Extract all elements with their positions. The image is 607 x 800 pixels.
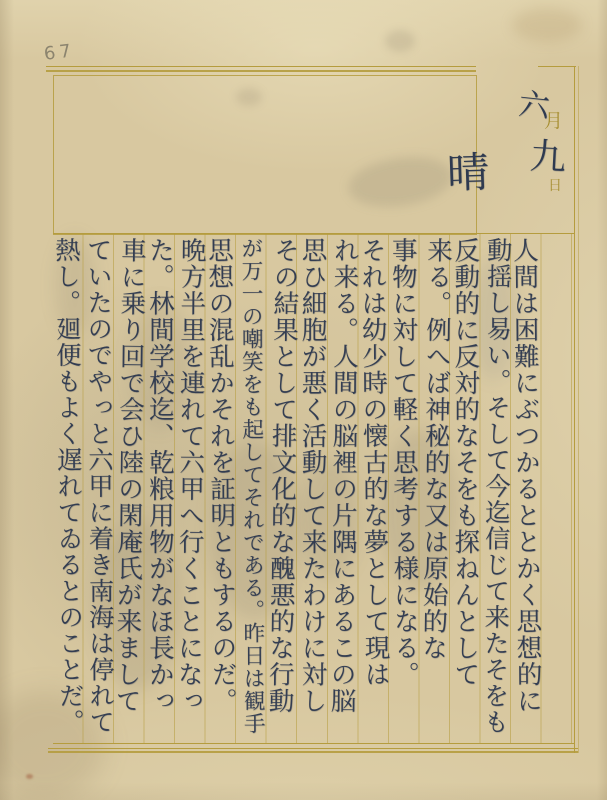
weather-char: 晴 — [446, 139, 490, 200]
paper-stain — [385, 30, 415, 52]
corner-rule — [538, 66, 576, 67]
bottom-rule — [48, 748, 578, 749]
handwritten-column: 思想の混乱かそれを証明ともするのだ。 — [204, 237, 238, 743]
handwritten-column: 人間は困難にぶつかるととかく思想的に — [509, 237, 543, 743]
day-printed-label: 日 — [548, 175, 562, 195]
date-day-char: 九 — [529, 128, 568, 181]
handwritten-column: 事物に対して軽く思考する様になる。 — [388, 237, 421, 743]
grid-bottom-rule — [53, 743, 575, 744]
bottom-rule-double — [48, 751, 578, 753]
paper-stain — [512, 8, 582, 42]
handwritten-column: それは幼少時の懐古的な夢として現は — [356, 237, 390, 743]
handwritten-column: ていたのでやっと六甲に着き南海は停れて — [83, 237, 116, 743]
top-rule — [46, 66, 476, 67]
handwritten-column: が万一の嘲笑をも起してそれである。昨日は観手 — [235, 237, 268, 743]
handwritten-column: れ来る。人間の脳裡の片隅にあるこの脳 — [326, 237, 360, 743]
handwritten-column: た。林間学校迄、乾粮用物がなほ長かっ — [145, 237, 175, 743]
right-border-rule — [574, 66, 575, 753]
page-number: 67 — [43, 40, 76, 65]
handwritten-column: 晩方半里を連れて六甲へ行くことになっ — [174, 237, 208, 743]
paper-stain — [26, 774, 33, 779]
handwritten-column: 来る。例へば神秘的な又は原始的な — [417, 237, 453, 743]
handwritten-column: 反動的に反対的なそをも探ねんとして — [450, 237, 480, 743]
handwritten-column: その結果として排文化的な醜悪的な行動 — [264, 237, 300, 743]
header-box — [53, 75, 477, 235]
scanned-diary-page: 67 六 月 九 日 晴 人間は困難にぶつかるととかく思想的に動揺し易い。そして… — [0, 0, 607, 800]
handwritten-column: 動揺し易い。そして今迄信じて来たそをも — [479, 237, 513, 743]
handwritten-column: 熱し。廻便もよく遅れてゐるとのことだ。 — [51, 237, 85, 743]
right-border-rule-double — [578, 66, 579, 753]
handwritten-column: 思ひ細胞が悪く活動して来たわけに対し — [298, 237, 328, 743]
top-rule-double — [46, 70, 476, 72]
